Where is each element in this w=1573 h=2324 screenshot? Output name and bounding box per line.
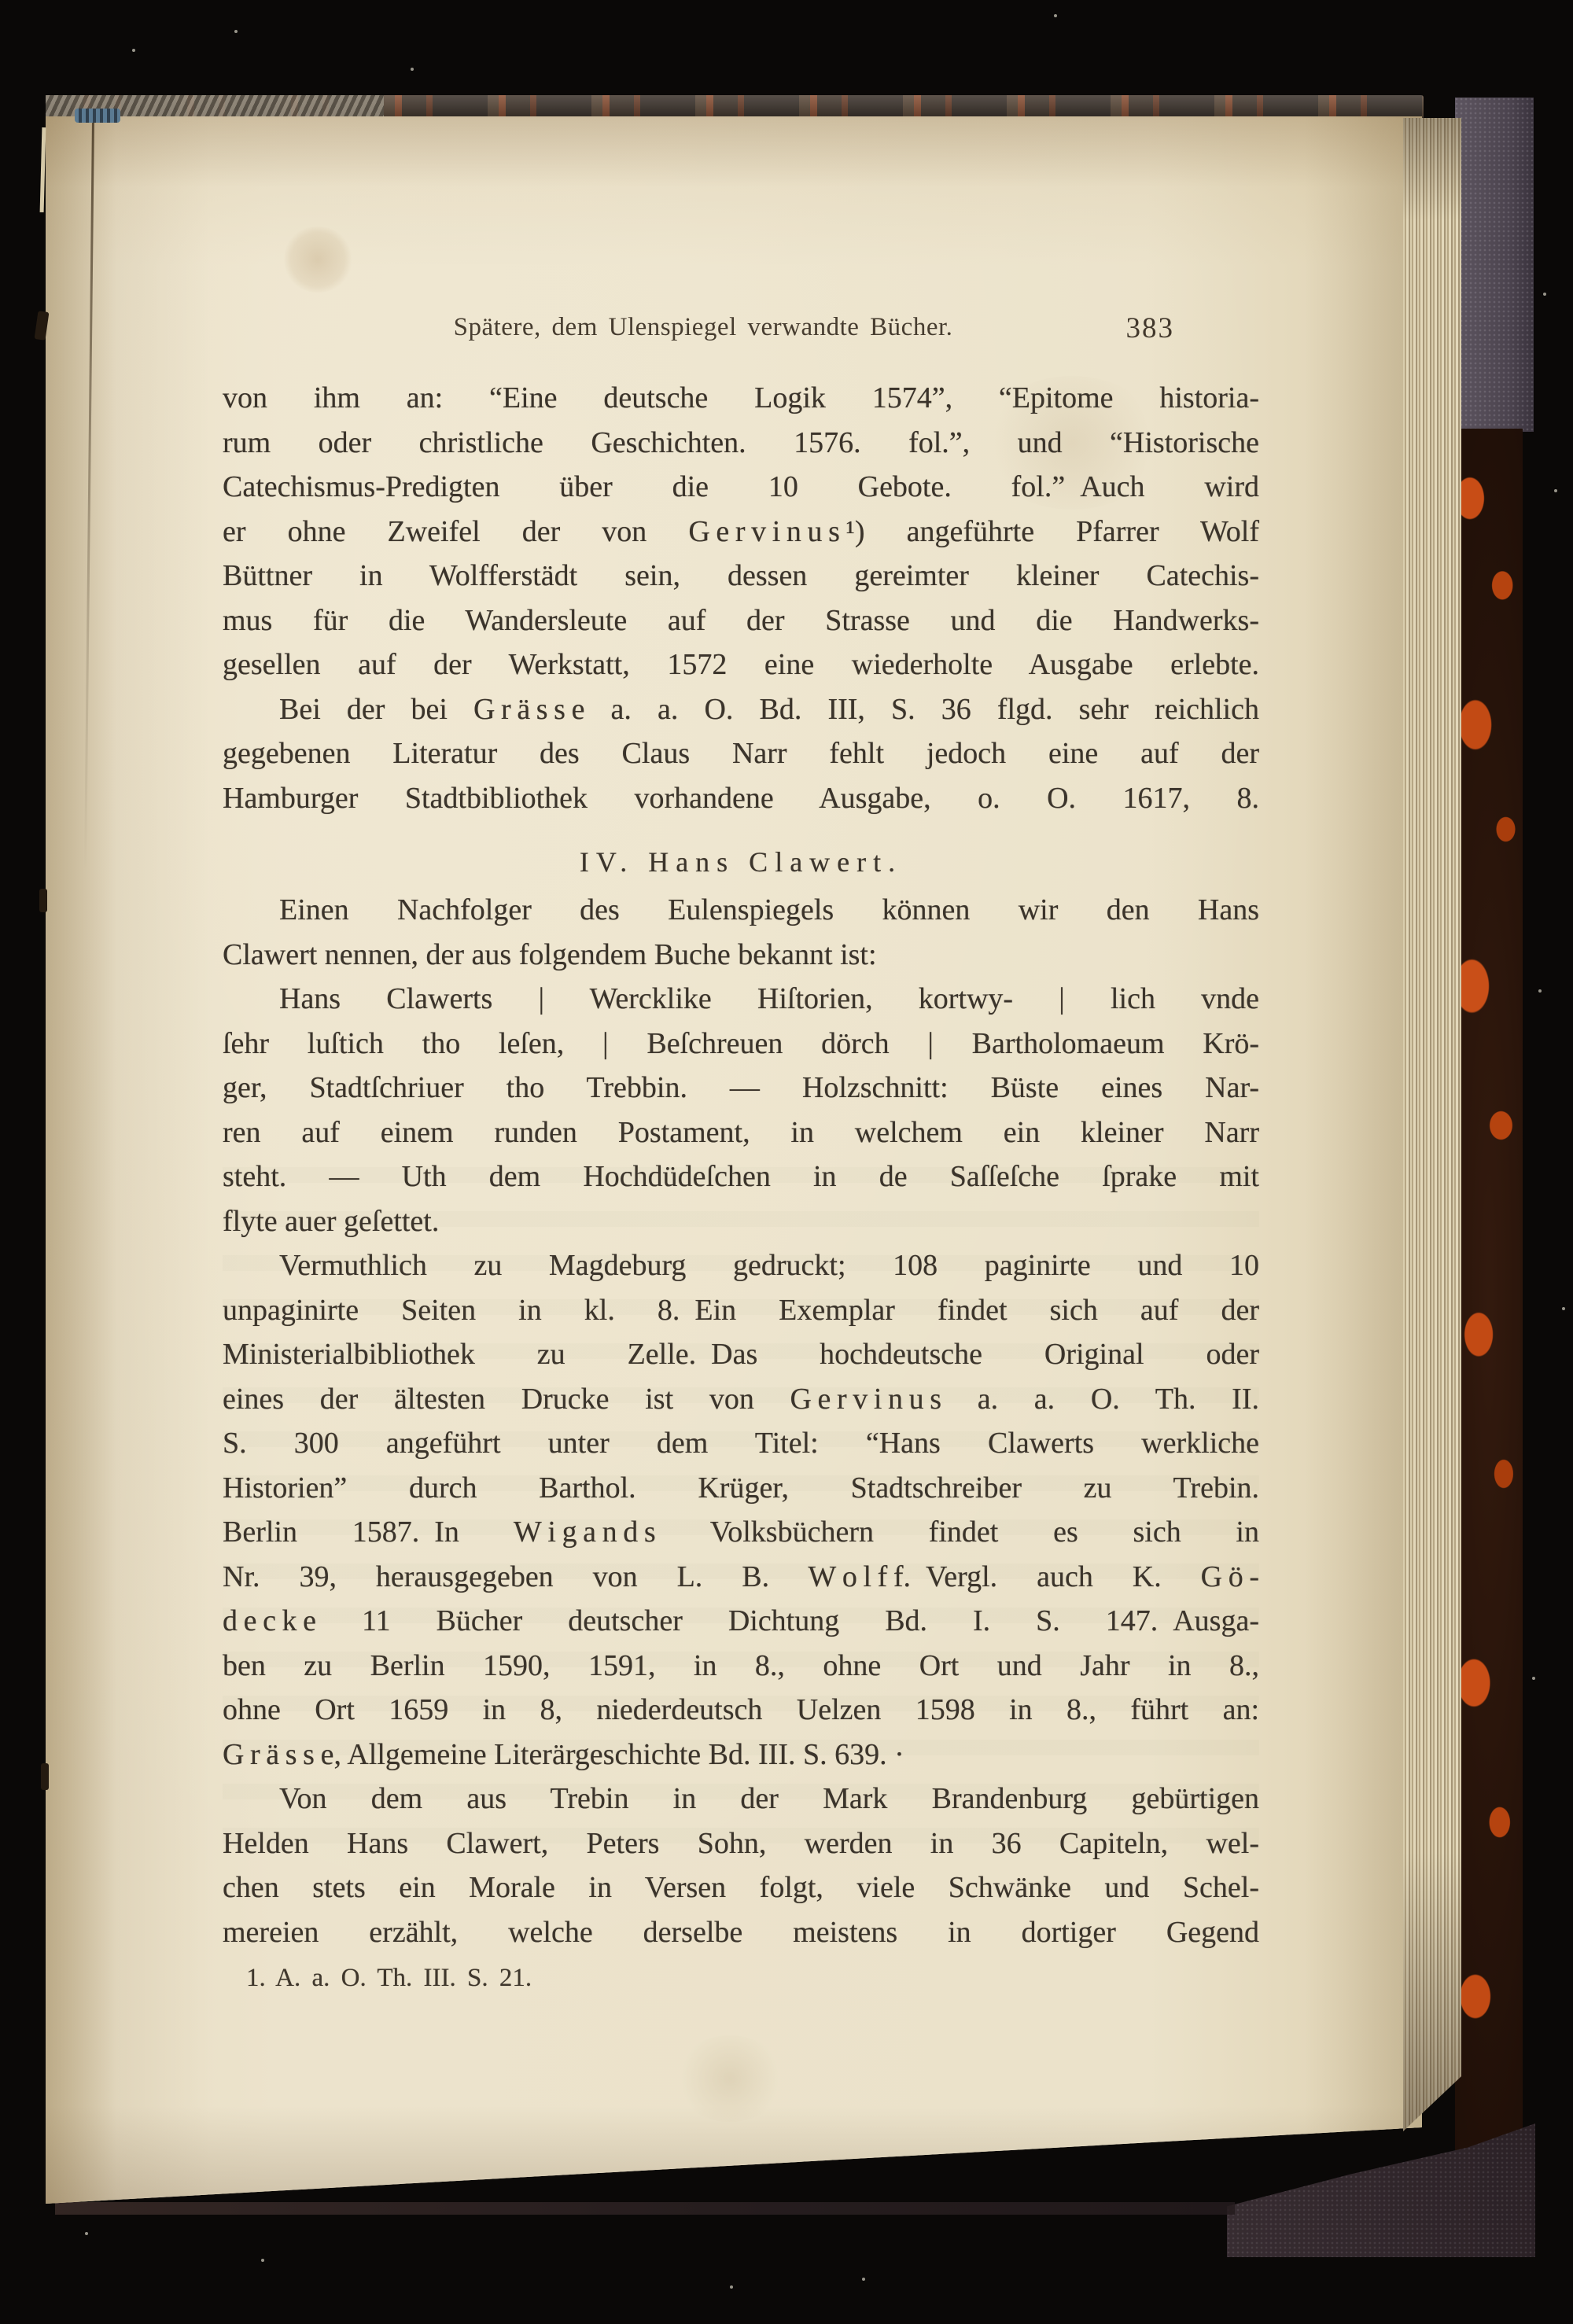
text-line: Clawert nennen, der aus folgendem Buche … bbox=[223, 933, 1259, 978]
text-line: mereien erzählt, welche derselbe meisten… bbox=[223, 1910, 1259, 1955]
binding-mark bbox=[41, 1763, 49, 1790]
text-line: Ministerialbibliothek zu Zelle. Das hoch… bbox=[223, 1332, 1259, 1377]
text-line: chen stets ein Morale in Versen folgt, v… bbox=[223, 1865, 1259, 1910]
section-heading: IV. Hans Clawert. bbox=[223, 842, 1259, 882]
text-line: Nr. 39, herausgegeben von L. B. W o l f … bbox=[223, 1555, 1259, 1600]
text-line: d e c k e 11 Bücher deutscher Dichtung B… bbox=[223, 1599, 1259, 1644]
text-line: Historien” durch Barthol. Krüger, Stadts… bbox=[223, 1466, 1259, 1511]
text-line: eines der ältesten Drucke ist von G e r … bbox=[223, 1377, 1259, 1422]
text-line: Von dem aus Trebin in der Mark Brandenbu… bbox=[223, 1777, 1259, 1821]
text-line: Vermuthlich zu Magdeburg gedruckt; 108 p… bbox=[223, 1243, 1259, 1288]
text-line: ben zu Berlin 1590, 1591, in 8., ohne Or… bbox=[223, 1644, 1259, 1689]
page-edges-stack bbox=[1403, 118, 1461, 2135]
text-line: mus für die Wandersleute auf der Strasse… bbox=[223, 598, 1259, 643]
dust-speck bbox=[1538, 989, 1542, 993]
dust-speck bbox=[1543, 293, 1546, 296]
text-line: rum oder christliche Geschichten. 1576. … bbox=[223, 421, 1259, 466]
book-cover-marbled-edge bbox=[1455, 429, 1523, 2171]
page-stain bbox=[675, 2035, 785, 2122]
book-cover-cloth-top bbox=[1455, 98, 1534, 432]
text-line: Hamburger Stadtbibliothek vorhandene Aus… bbox=[223, 776, 1259, 821]
text-line: S. 300 angeführt unter dem Titel: “Hans … bbox=[223, 1421, 1259, 1466]
text-line: ſehr luſtich tho leſen, | Beſchreuen dör… bbox=[223, 1022, 1259, 1066]
page-stain bbox=[282, 227, 354, 293]
paragraphs-before-heading: von ihm an: “Eine deutsche Logik 1574”, … bbox=[223, 376, 1259, 820]
dust-speck bbox=[862, 2278, 865, 2281]
text-line: Helden Hans Clawert, Peters Sohn, werden… bbox=[223, 1821, 1259, 1866]
footnote: 1. A. a. O. Th. III. S. 21. bbox=[223, 1964, 1259, 1993]
dust-speck bbox=[85, 2232, 88, 2235]
page-edge-highlight bbox=[40, 127, 46, 212]
paragraphs-after-heading: Einen Nachfolger des Eulenspiegels könne… bbox=[223, 888, 1259, 1954]
dust-speck bbox=[1532, 1677, 1535, 1680]
dust-speck bbox=[132, 49, 135, 52]
text-line: ren auf einem runden Postament, in welch… bbox=[223, 1110, 1259, 1155]
headband-blue-stitching bbox=[75, 109, 120, 123]
text-line: flyte auer geſettet. bbox=[223, 1199, 1259, 1244]
page-number: 383 bbox=[1126, 311, 1175, 345]
dust-speck bbox=[1562, 1307, 1565, 1310]
running-title: Spätere, dem Ulenspiegel verwandte Büche… bbox=[454, 313, 953, 342]
text-line: ohne Ort 1659 in 8, niederdeutsch Uelzen… bbox=[223, 1688, 1259, 1733]
text-line: unpaginirte Seiten in kl. 8. Ein Exempla… bbox=[223, 1288, 1259, 1333]
text-line: Bei der bei G r ä s s e a. a. O. Bd. III… bbox=[223, 687, 1259, 732]
text-line: Büttner in Wolfferstädt sein, dessen ger… bbox=[223, 554, 1259, 598]
text-line: gesellen auf der Werkstatt, 1572 eine wi… bbox=[223, 643, 1259, 687]
dust-speck bbox=[1054, 14, 1057, 17]
page-header: Spätere, dem Ulenspiegel verwandte Büche… bbox=[223, 313, 1259, 349]
text-line: steht. — Uth dem Hochdüdeſchen in de Saſ… bbox=[223, 1155, 1259, 1199]
text-line: G r ä s s e, Allgemeine Literärgeschicht… bbox=[223, 1733, 1259, 1777]
text-line: Berlin 1587. In W i g a n d s Volksbüche… bbox=[223, 1510, 1259, 1555]
book-photo: Spätere, dem Ulenspiegel verwandte Büche… bbox=[0, 0, 1573, 2324]
text-line: von ihm an: “Eine deutsche Logik 1574”, … bbox=[223, 376, 1259, 421]
book-cover-cloth-bottom-corner bbox=[1227, 2123, 1535, 2257]
gutter-crease bbox=[84, 116, 94, 871]
text-line: Catechismus-Predigten über die 10 Gebote… bbox=[223, 465, 1259, 510]
body-text: von ihm an: “Eine deutsche Logik 1574”, … bbox=[223, 376, 1259, 1993]
dust-speck bbox=[234, 30, 238, 33]
text-line: gegebenen Literatur des Claus Narr fehlt… bbox=[223, 731, 1259, 776]
dust-speck bbox=[261, 2259, 264, 2262]
dust-speck bbox=[730, 2285, 733, 2289]
text-line: Hans Clawerts | Wercklike Hiſtorien, kor… bbox=[223, 977, 1259, 1022]
dust-speck bbox=[1554, 489, 1557, 492]
text-line: ger, Stadtſchriuer tho Trebbin. — Holzsc… bbox=[223, 1066, 1259, 1110]
text-line: er ohne Zweifel der von G e r v i n u s … bbox=[223, 510, 1259, 554]
text-line: Einen Nachfolger des Eulenspiegels könne… bbox=[223, 888, 1259, 933]
book-cover-bottom-edge bbox=[55, 2202, 1235, 2215]
book-page: Spätere, dem Ulenspiegel verwandte Büche… bbox=[46, 116, 1422, 2208]
binding-mark bbox=[39, 889, 47, 912]
dust-speck bbox=[411, 68, 414, 71]
